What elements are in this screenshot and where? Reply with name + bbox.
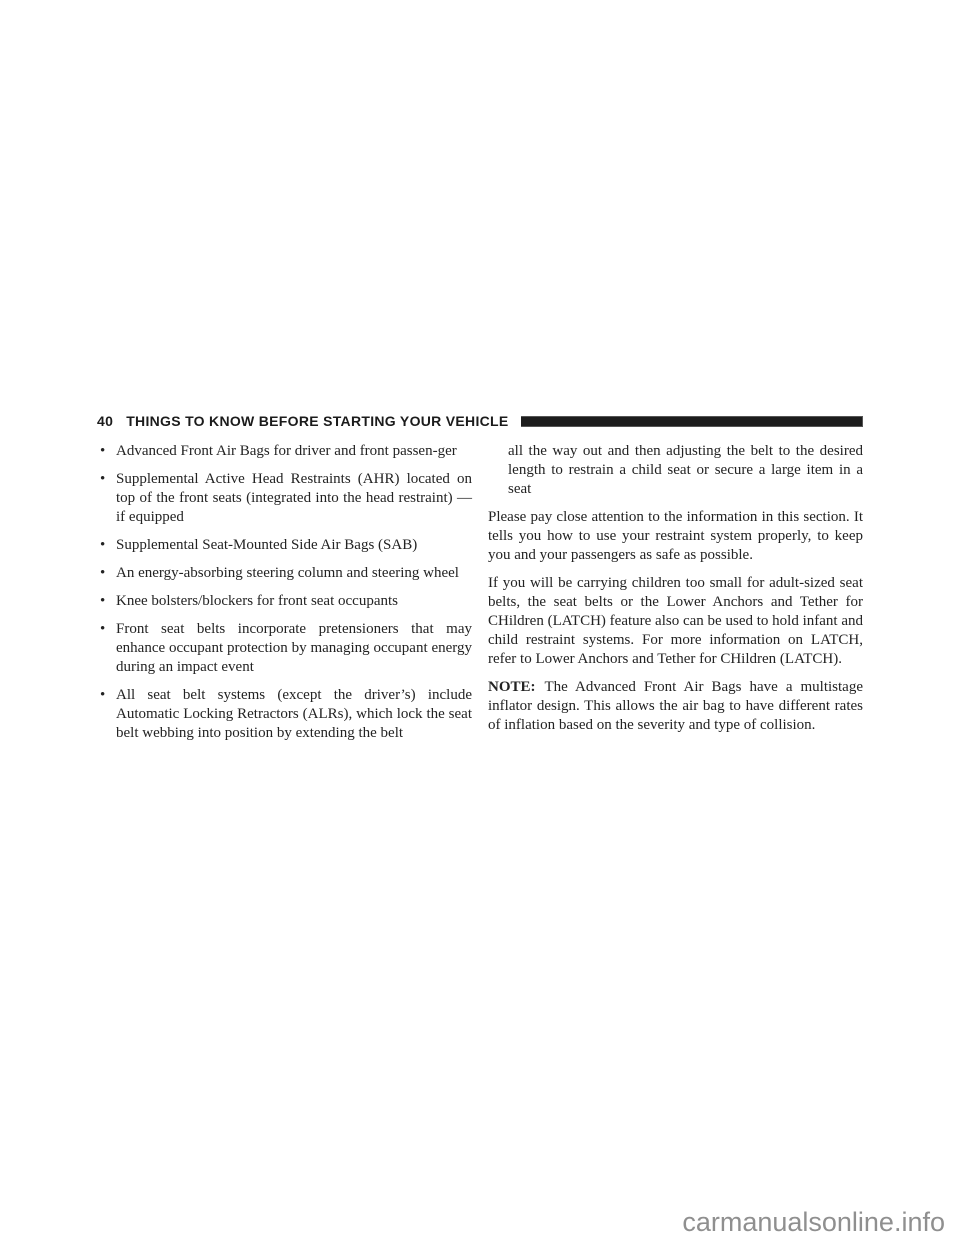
bullet-item: Supplemental Seat-Mounted Side Air Bags … — [97, 536, 472, 555]
note-label: NOTE: — [488, 679, 536, 695]
note-text: The Advanced Front Air Bags have a multi… — [488, 679, 863, 733]
right-column: all the way out and then adjusting the b… — [488, 442, 863, 752]
bullet-item: Supplemental Active Head Restraints (AHR… — [97, 470, 472, 527]
paragraph: If you will be carrying children too sma… — [488, 574, 863, 669]
bullet-item: Knee bolsters/blockers for front seat oc… — [97, 592, 472, 611]
bullet-item: An energy-absorbing steering column and … — [97, 564, 472, 583]
page-header: 40 THINGS TO KNOW BEFORE STARTING YOUR V… — [97, 413, 863, 429]
watermark: carmanualsonline.info — [682, 1207, 945, 1238]
feature-bullet-list: Advanced Front Air Bags for driver and f… — [97, 442, 472, 743]
section-title: THINGS TO KNOW BEFORE STARTING YOUR VEHI… — [126, 413, 508, 429]
bullet-item: Front seat belts incorporate pretensione… — [97, 620, 472, 677]
note-paragraph: NOTE:The Advanced Front Air Bags have a … — [488, 678, 863, 735]
paragraph: Please pay close attention to the inform… — [488, 508, 863, 565]
body-columns: Advanced Front Air Bags for driver and f… — [97, 442, 863, 752]
page-number: 40 — [97, 413, 113, 429]
bullet-continuation-paragraph: all the way out and then adjusting the b… — [488, 442, 863, 499]
bullet-item: All seat belt systems (except the driver… — [97, 686, 472, 743]
header-rule-bar — [521, 416, 863, 427]
left-column: Advanced Front Air Bags for driver and f… — [97, 442, 472, 752]
bullet-item: Advanced Front Air Bags for driver and f… — [97, 442, 472, 461]
